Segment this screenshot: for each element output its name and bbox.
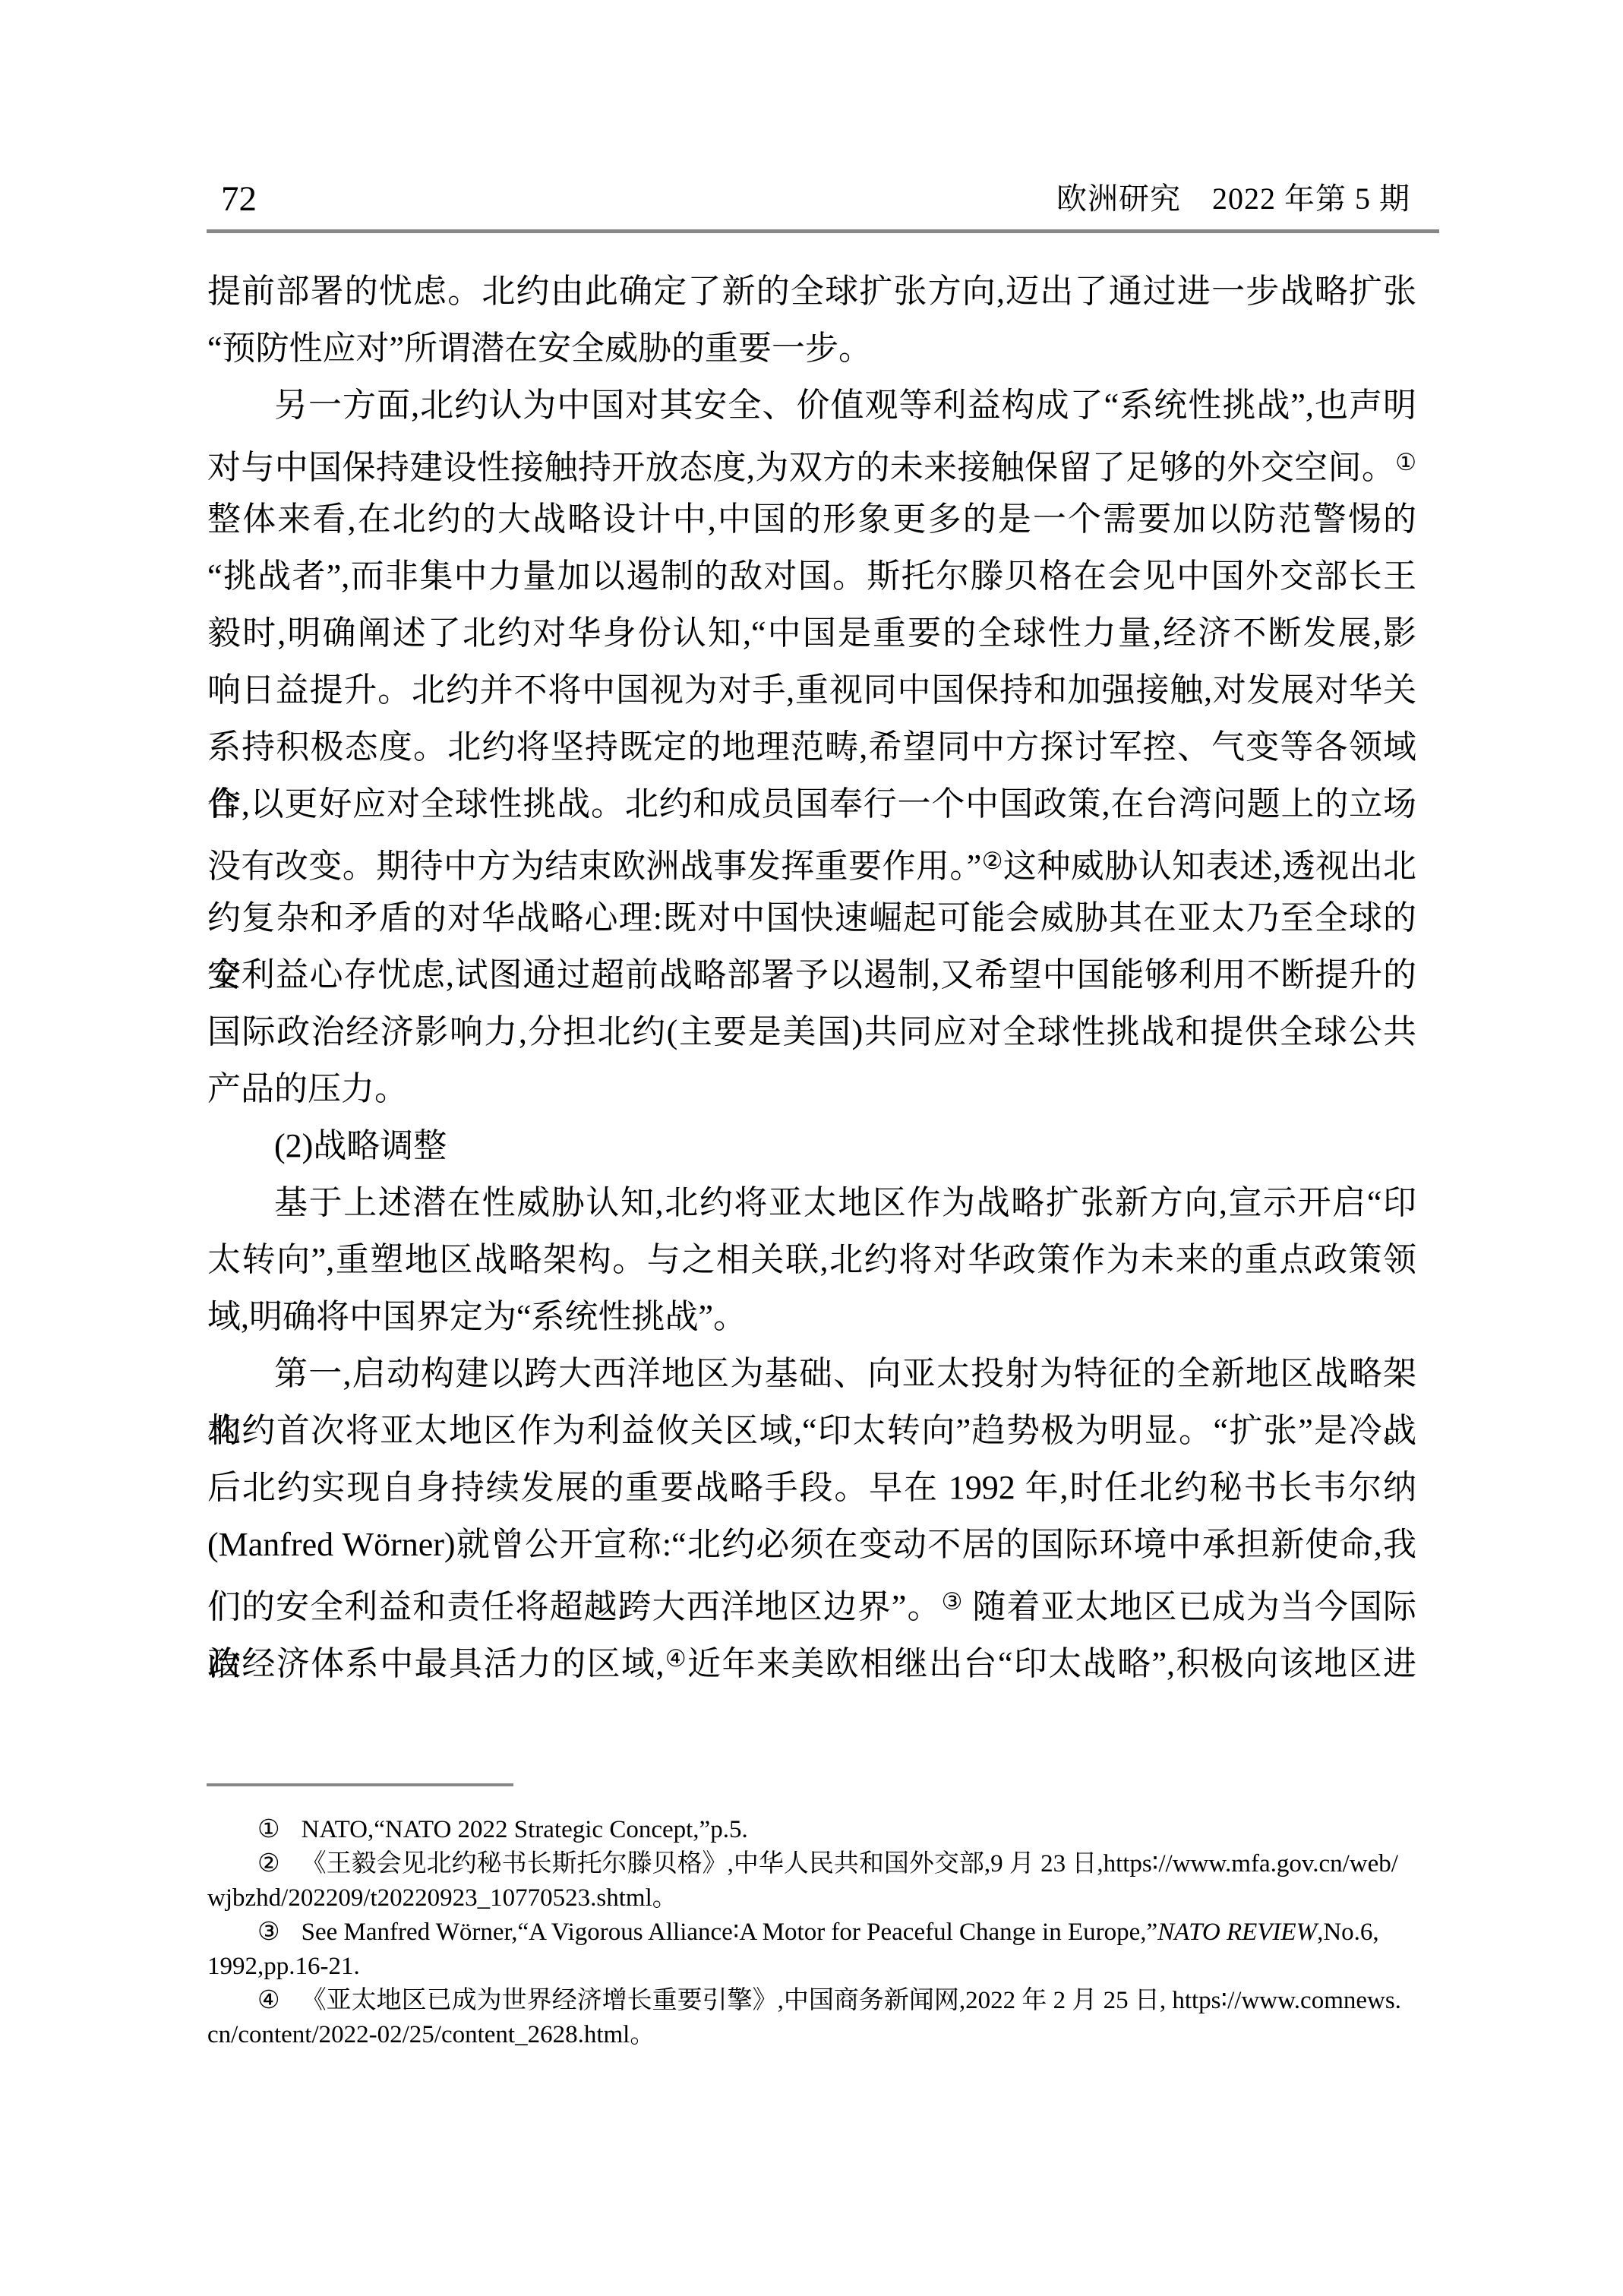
body-line: “预防性应对”所谓潜在安全威胁的重要一步。 — [207, 320, 1416, 377]
text-segment: “预防性应对”所谓潜在安全威胁的重要一步。 — [207, 330, 872, 367]
text-segment: 提前部署的忧虑。北约由此确定了新的全球扩张方向,迈出了通过进一步战略扩张 — [207, 273, 1416, 310]
footnotes: ①NATO,“NATO 2022 Strategic Concept,”p.5.… — [207, 1813, 1416, 2052]
text-segment: 1992,pp.16-21. — [207, 1953, 360, 1980]
footnote-line: cn/content/2022-02/25/content_2628.html。 — [207, 2018, 1416, 2052]
page-number: 72 — [221, 176, 257, 222]
body-line: 系持积极态度。北约将坚持既定的地理范畴,希望同中方探讨军控、气变等各领域合 — [207, 718, 1416, 775]
body-line: 作,以更好应对全球性挑战。北约和成员国奉行一个中国政策,在台湾问题上的立场 — [207, 775, 1416, 832]
text-segment: 全利益心存忧虑,试图通过超前战略部署予以遏制,又希望中国能够利用不断提升的 — [207, 956, 1416, 993]
footnote-line: ④《亚太地区已成为世界经济增长重要引擎》,中国商务新闻网,2022 年 2 月 … — [207, 1984, 1416, 2018]
body-line: 没有改变。期待中方为结束欧洲战事发挥重要作用。”②这种威胁认知表述,透视出北 — [207, 832, 1416, 889]
text-segment: 域,明确将中国界定为“系统性挑战”。 — [207, 1298, 747, 1335]
footnote-marker-①: ① — [257, 1816, 280, 1843]
body-line: 提前部署的忧虑。北约由此确定了新的全球扩张方向,迈出了通过进一步战略扩张 — [207, 263, 1416, 320]
body-line: 响日益提升。北约并不将中国视为对手,重视同中国保持和加强接触,对发展对华关 — [207, 662, 1416, 718]
footnote-ref-③: ③ — [942, 1588, 964, 1615]
body-line: 对与中国保持建设性接触持开放态度,为双方的未来接触保留了足够的外交空间。① — [207, 434, 1416, 491]
footnote-line: ①NATO,“NATO 2022 Strategic Concept,”p.5. — [207, 1813, 1416, 1847]
text-segment: 作,以更好应对全球性挑战。北约和成员国奉行一个中国政策,在台湾问题上的立场 — [207, 785, 1416, 823]
body-line: 们的安全利益和责任将超越跨大西洋地区边界”。③ 随着亚太地区已成为当今国际政 — [207, 1573, 1416, 1630]
text-segment: NATO,“NATO 2022 Strategic Concept,”p.5. — [302, 1816, 748, 1843]
journal-issue-info: 欧洲研究 2022 年第 5 期 — [1056, 176, 1410, 222]
text-segment: 产品的压力。 — [207, 1070, 408, 1107]
body-line: (Manfred Wörner)就曾公开宣称:“北约必须在变动不居的国际环境中承… — [207, 1516, 1416, 1573]
text-segment: 响日益提升。北约并不将中国视为对手,重视同中国保持和加强接触,对发展对华关 — [207, 671, 1416, 709]
body-line: 产品的压力。 — [207, 1060, 1416, 1117]
body-line: 全利益心存忧虑,试图通过超前战略部署予以遏制,又希望中国能够利用不断提升的 — [207, 946, 1416, 1003]
body-line: 治经济体系中最具活力的区域,④近年来美欧相继出台“印太战略”,积极向该地区进 — [207, 1630, 1416, 1687]
text-segment: 整体来看,在北约的大战略设计中,中国的形象更多的是一个需要加以防范警惕的 — [207, 501, 1416, 538]
text-segment: 太转向”,重塑地区战略架构。与之相关联,北约将对华政策作为未来的重点政策领 — [207, 1241, 1416, 1278]
footnote-marker-③: ③ — [257, 1919, 280, 1946]
footnote-ref-②: ② — [981, 848, 1003, 874]
footnote-line: 1992,pp.16-21. — [207, 1950, 1416, 1984]
body-line: 后北约实现自身持续发展的重要战略手段。早在 1992 年,时任北约秘书长韦尔纳 — [207, 1459, 1416, 1516]
text-segment: 后北约实现自身持续发展的重要战略手段。早在 1992 年,时任北约秘书长韦尔纳 — [207, 1469, 1416, 1506]
body-line: 整体来看,在北约的大战略设计中,中国的形象更多的是一个需要加以防范警惕的 — [207, 491, 1416, 548]
footnote-line: wjbzhd/202209/t20220923_10770523.shtml。 — [207, 1881, 1416, 1915]
text-segment: ,No.6, — [1317, 1919, 1379, 1946]
footnote-ref-①: ① — [1395, 449, 1416, 475]
text-segment: 治经济体系中最具活力的区域, — [207, 1645, 664, 1682]
body-line: 太转向”,重塑地区战略架构。与之相关联,北约将对华政策作为未来的重点政策领 — [207, 1231, 1416, 1288]
text-segment: (2)战略调整 — [274, 1127, 447, 1164]
text-segment: 基于上述潜在性威胁认知,北约将亚太地区作为战略扩张新方向,宣示开启“印 — [274, 1184, 1416, 1221]
text-segment: NATO REVIEW — [1157, 1919, 1317, 1946]
text-segment: wjbzhd/202209/t20220923_10770523.shtml。 — [207, 1884, 677, 1912]
header-rule — [207, 229, 1439, 233]
body-line: 第一,启动构建以跨大西洋地区为基础、向亚太投射为特征的全新地区战略架构。 — [207, 1345, 1416, 1402]
footnote-line: ③See Manfred Wörner,“A Vigorous Alliance… — [207, 1915, 1416, 1950]
body-line: 北约首次将亚太地区作为利益攸关区域,“印太转向”趋势极为明显。“扩张”是冷战 — [207, 1402, 1416, 1459]
body-line: 基于上述潜在性威胁认知,北约将亚太地区作为战略扩张新方向,宣示开启“印 — [207, 1174, 1416, 1231]
body-line: 另一方面,北约认为中国对其安全、价值观等利益构成了“系统性挑战”,也声明 — [207, 377, 1416, 434]
text-segment: (Manfred Wörner)就曾公开宣称:“北约必须在变动不居的国际环境中承… — [207, 1526, 1416, 1563]
body-line: 域,明确将中国界定为“系统性挑战”。 — [207, 1288, 1416, 1345]
running-head: 72 欧洲研究 2022 年第 5 期 — [207, 176, 1416, 222]
footnote-ref-④: ④ — [664, 1645, 687, 1672]
journal-page: 72 欧洲研究 2022 年第 5 期 提前部署的忧虑。北约由此确定了新的全球扩… — [0, 0, 1623, 2296]
text-segment: 《王毅会见北约秘书长斯托尔滕贝格》,中华人民共和国外交部,9 月 23 日,ht… — [302, 1850, 1398, 1878]
body-line: 国际政治经济影响力,分担北约(主要是美国)共同应对全球性挑战和提供全球公共 — [207, 1003, 1416, 1060]
text-segment: 国际政治经济影响力,分担北约(主要是美国)共同应对全球性挑战和提供全球公共 — [207, 1013, 1416, 1050]
text-segment: See Manfred Wörner,“A Vigorous Alliance∶… — [302, 1919, 1158, 1946]
footnote-separator-rule — [207, 1783, 513, 1786]
text-segment: 毅时,明确阐述了北约对华身份认知,“中国是重要的全球性力量,经济不断发展,影 — [207, 614, 1416, 652]
text-segment: cn/content/2022-02/25/content_2628.html。 — [207, 2021, 655, 2048]
text-segment: 对与中国保持建设性接触持开放态度,为双方的未来接触保留了足够的外交空间。 — [207, 449, 1395, 486]
body-line: 约复杂和矛盾的对华战略心理:既对中国快速崛起可能会威胁其在亚太乃至全球的安 — [207, 889, 1416, 946]
text-segment: 《亚太地区已成为世界经济增长重要引擎》,中国商务新闻网,2022 年 2 月 2… — [302, 1987, 1401, 2014]
text-segment: 没有改变。期待中方为结束欧洲战事发挥重要作用。” — [207, 848, 981, 885]
text-segment: 近年来美欧相继出台“印太战略”,积极向该地区进 — [687, 1645, 1416, 1682]
body-line: (2)战略调整 — [207, 1117, 1416, 1174]
text-segment: “挑战者”,而非集中力量加以遏制的敌对国。斯托尔滕贝格在会见中国外交部长王 — [207, 557, 1416, 595]
text-segment: 这种威胁认知表述,透视出北 — [1003, 848, 1416, 885]
footnote-marker-④: ④ — [257, 1987, 280, 2014]
text-segment: 北约首次将亚太地区作为利益攸关区域,“印太转向”趋势极为明显。“扩张”是冷战 — [207, 1412, 1416, 1449]
body-line: 毅时,明确阐述了北约对华身份认知,“中国是重要的全球性力量,经济不断发展,影 — [207, 605, 1416, 662]
body-line: “挑战者”,而非集中力量加以遏制的敌对国。斯托尔滕贝格在会见中国外交部长王 — [207, 548, 1416, 605]
text-segment: 们的安全利益和责任将超越跨大西洋地区边界”。 — [207, 1588, 942, 1625]
footnote-line: ②《王毅会见北约秘书长斯托尔滕贝格》,中华人民共和国外交部,9 月 23 日,h… — [207, 1847, 1416, 1881]
text-segment: 另一方面,北约认为中国对其安全、价值观等利益构成了“系统性挑战”,也声明 — [274, 387, 1416, 424]
footnote-marker-②: ② — [257, 1850, 280, 1878]
article-body: 提前部署的忧虑。北约由此确定了新的全球扩张方向,迈出了通过进一步战略扩张“预防性… — [207, 263, 1416, 1687]
